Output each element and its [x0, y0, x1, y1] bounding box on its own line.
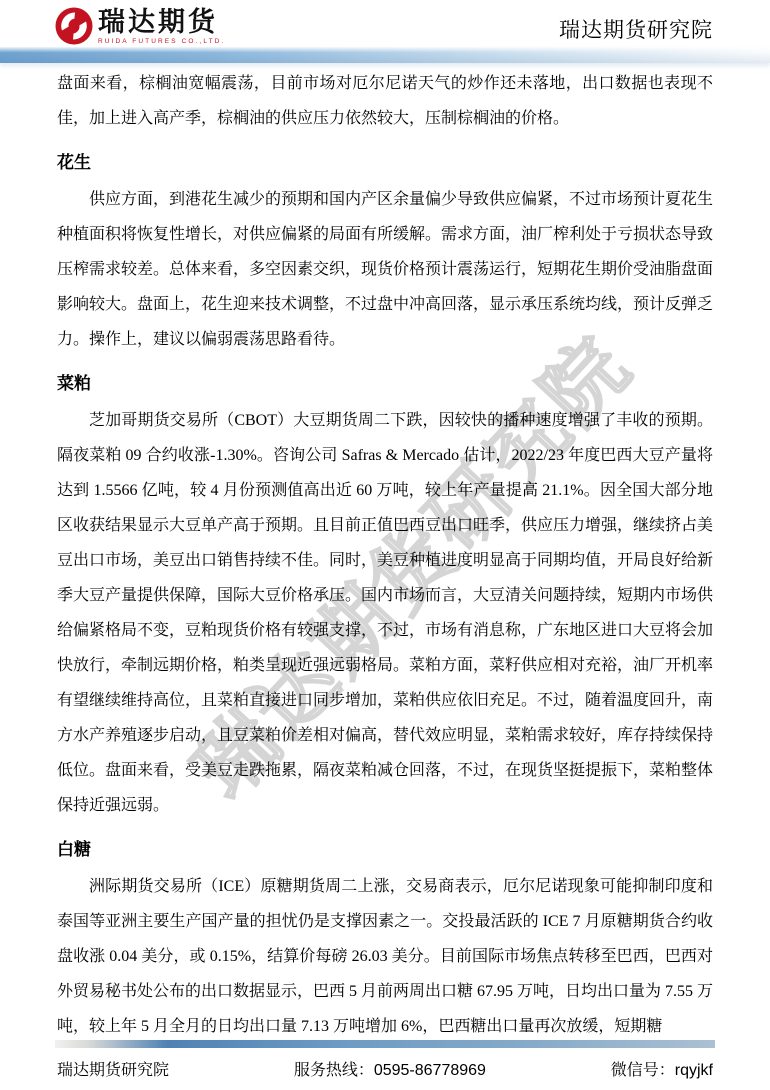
- report-header: 瑞达期货 RUIDA FUTURES CO.,LTD. 瑞达期货研究院: [0, 0, 770, 48]
- footer-institute: 瑞达期货研究院: [57, 1057, 169, 1080]
- institute-title: 瑞达期货研究院: [559, 14, 713, 44]
- ruida-swirl-icon: [55, 7, 93, 45]
- heading-white-sugar: 白糖: [57, 837, 713, 863]
- paragraph-palm-oil: 盘面来看，棕榈油宽幅震荡，目前市场对厄尔尼诺天气的炒作还未落地，出口数据也表现不…: [57, 66, 713, 136]
- report-page: 瑞达期货 RUIDA FUTURES CO.,LTD. 瑞达期货研究院 瑞达期货…: [0, 0, 770, 1090]
- report-body: 盘面来看，棕榈油宽幅震荡，目前市场对厄尔尼诺天气的炒作还未落地，出口数据也表现不…: [57, 66, 713, 1044]
- paragraph-rapeseed-meal: 芝加哥期货交易所（CBOT）大豆期货周二下跌，因较快的播种速度增强了丰收的预期。…: [57, 403, 713, 823]
- heading-rapeseed-meal: 菜粕: [57, 371, 713, 397]
- header-divider-bar: [0, 47, 770, 63]
- footer-hotline: 服务热线：0595-86778969: [294, 1057, 486, 1080]
- brand-tagline: RUIDA FUTURES CO.,LTD.: [98, 38, 225, 45]
- brand-name: 瑞达期货: [98, 7, 225, 37]
- footer-wechat: 微信号：rqyjkf: [611, 1057, 713, 1080]
- brand-text: 瑞达期货 RUIDA FUTURES CO.,LTD.: [98, 7, 225, 45]
- report-footer: 瑞达期货研究院 服务热线：0595-86778969 微信号：rqyjkf: [55, 1040, 715, 1084]
- footer-row: 瑞达期货研究院 服务热线：0595-86778969 微信号：rqyjkf: [55, 1048, 715, 1084]
- brand-logo: 瑞达期货 RUIDA FUTURES CO.,LTD.: [55, 7, 225, 45]
- paragraph-white-sugar: 洲际期货交易所（ICE）原糖期货周二上涨，交易商表示，厄尔尼诺现象可能抑制印度和…: [57, 869, 713, 1044]
- footer-divider-bar: [55, 1040, 715, 1048]
- paragraph-peanut: 供应方面，到港花生减少的预期和国内产区余量偏少导致供应偏紧，不过市场预计夏花生种…: [57, 182, 713, 357]
- heading-peanut: 花生: [57, 150, 713, 176]
